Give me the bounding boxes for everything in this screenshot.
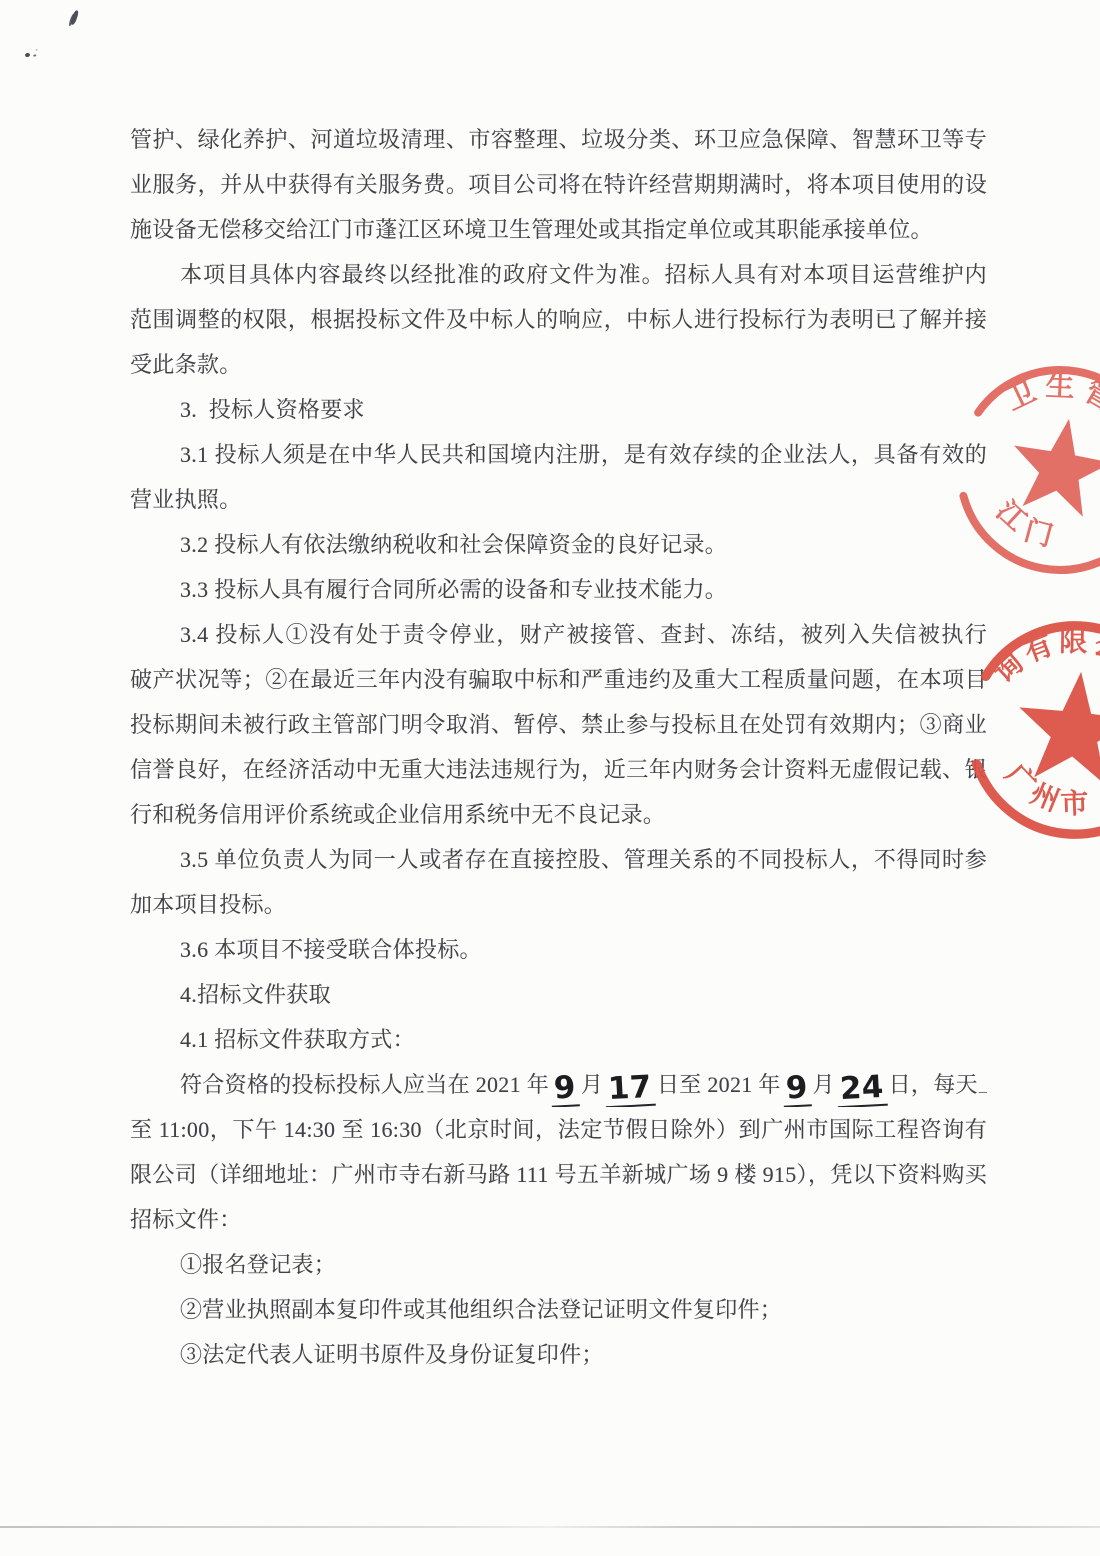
text-line: 3.5 单位负责人为同一人或者存在直接控股、管理关系的不同投标人，不得同时参	[130, 837, 987, 882]
text-line: 范围调整的权限，根据投标文件及中标人的响应，中标人进行投标行为表明已了解并接	[130, 297, 987, 342]
ink-speck	[70, 10, 79, 26]
text-line: 至 11:00，下午 14:30 至 16:30（北京时间，法定节假日除外）到广…	[130, 1107, 987, 1152]
handwritten-day-2: 24	[836, 1072, 887, 1107]
scanned-tender-document-page: { "doc": { "lines": [ "管护、绿化养护、河道垃圾清理、市容…	[0, 0, 1100, 1556]
list-item-registration-form: ①报名登记表；	[130, 1242, 987, 1287]
text-line: 限公司（详细地址：广州市寺右新马路 111 号五羊新城广场 9 楼 915），凭…	[130, 1152, 987, 1197]
text-line: 投标期间未被行政主管部门明令取消、暂停、禁止参与投标且在处罚有效期内；③商业	[130, 702, 987, 747]
text-line: 3.3 投标人具有履行合同所必需的设备和专业技术能力。	[130, 567, 987, 612]
date-line-suffix: 日，每天上午 9:00	[889, 1072, 987, 1097]
text-line: 本项目具体内容最终以经批准的政府文件为准。招标人具有对本项目运营维护内容、	[130, 252, 987, 297]
date-line-mid: 日至 2021 年	[657, 1072, 781, 1097]
text-line: 受此条款。	[130, 342, 987, 387]
text-line: 3.6 本项目不接受联合体投标。	[130, 927, 987, 972]
scanned-page-bottom-edge	[0, 1526, 1100, 1528]
date-line-prefix: 符合资格的投标投标人应当在 2021 年	[180, 1072, 549, 1097]
subheading-acquisition-method: 4.1 招标文件获取方式：	[130, 1017, 987, 1062]
text-line: 3.2 投标人有依法缴纳税收和社会保障资金的良好记录。	[130, 522, 987, 567]
text-line: 3.1 投标人须是在中华人民共和国境内注册，是有效存续的企业法人，具备有效的	[130, 432, 987, 477]
handwritten-month-1: 9	[550, 1072, 580, 1107]
list-item-legal-representative: ③法定代表人证明书原件及身份证复印件；	[130, 1332, 987, 1377]
list-item-business-license: ②营业执照副本复印件或其他组织合法登记证明文件复印件；	[130, 1287, 987, 1332]
text-line: 管护、绿化养护、河道垃圾清理、市容整理、垃圾分类、环卫应急保障、智慧环卫等专	[130, 117, 987, 162]
text-line: 行和税务信用评价系统或企业信用系统中无不良记录。	[130, 792, 987, 837]
official-seal-consulting-company-icon: 询有限公 广州市	[938, 593, 1100, 868]
month-unit-2: 月	[813, 1072, 835, 1097]
text-line: 破产状况等；②在最近三年内没有骗取中标和严重违约及重大工程质量问题，在本项目	[130, 657, 987, 702]
handwritten-month-2: 9	[782, 1072, 812, 1107]
text-line: 加本项目投标。	[130, 882, 987, 927]
document-body-text: 管护、绿化养护、河道垃圾清理、市容整理、垃圾分类、环卫应急保障、智慧环卫等专 业…	[130, 117, 987, 1377]
text-line: 营业执照。	[130, 477, 987, 522]
ink-speck	[25, 53, 31, 58]
text-line: 施设备无偿移交给江门市蓬江区环境卫生管理处或其指定单位或其职能承接单位。	[130, 207, 987, 252]
date-line-with-handwriting: 符合资格的投标投标人应当在 2021 年9月17日至 2021 年9月24日，每…	[130, 1062, 987, 1107]
text-line: 信誉良好，在经济活动中无重大违法违规行为，近三年内财务会计资料无虚假记载、银	[130, 747, 987, 792]
handwritten-day-1: 17	[604, 1072, 655, 1107]
text-line: 招标文件：	[130, 1197, 987, 1242]
text-line: 3.4 投标人①没有处于责令停业，财产被接管、查封、冻结，被列入失信被执行人，	[130, 612, 987, 657]
month-unit-1: 月	[581, 1072, 603, 1097]
heading-bidder-qualifications: 3. 投标人资格要求	[130, 387, 987, 432]
text-line: 业服务，并从中获得有关服务费。项目公司将在特许经营期期满时，将本项目使用的设	[130, 162, 987, 207]
heading-document-acquisition: 4.招标文件获取	[130, 972, 987, 1017]
